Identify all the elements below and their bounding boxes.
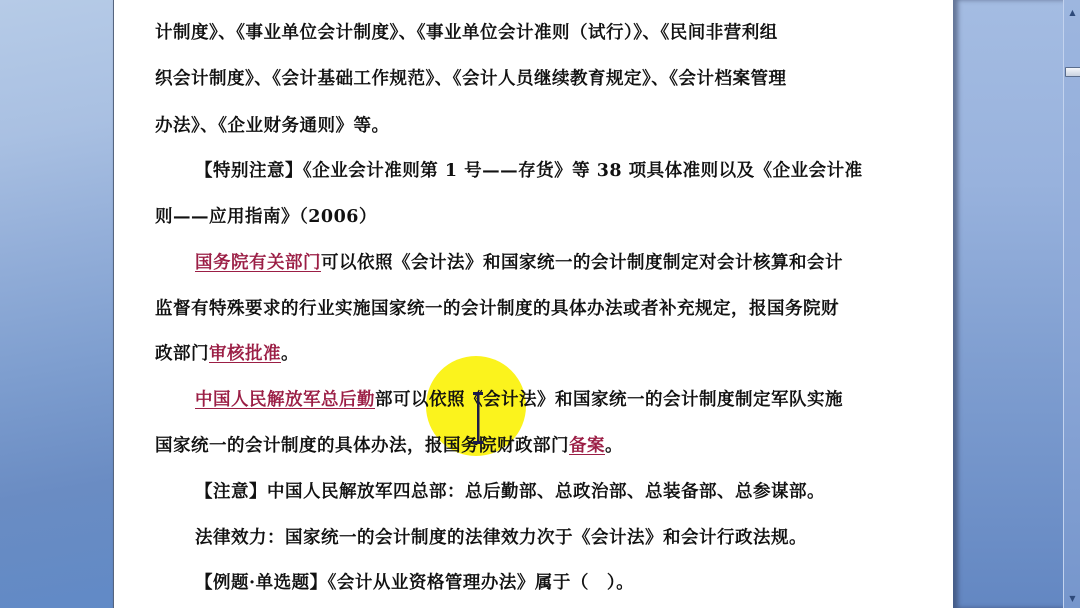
legal-effect-line: 法律效力：国家统一的会计制度的法律效力次于《会计法》和会计行政法规。 (195, 526, 807, 550)
text-span: 政部门 (155, 344, 209, 364)
vertical-scrollbar[interactable]: ▲ ▼ (1063, 0, 1080, 608)
text-span: 国家统一的会计制度的具体办法，报国务院财政部门 (155, 436, 569, 456)
scrollbar-thumb[interactable] (1065, 67, 1080, 77)
text-line: 办法》、《企业财务通则》等。 (155, 114, 390, 138)
link-state-council-departments[interactable]: 国务院有关部门 (195, 253, 321, 273)
text-line: 织会计制度》、《会计基础工作规范》、《会计人员继续教育规定》、《会计档案管理 (155, 67, 787, 91)
workspace-background-right (953, 0, 1063, 608)
text-span: 可以依照《会计法》和国家统一的会计制度制定对会计核算和会计 (321, 253, 843, 273)
text-span: 。 (281, 344, 299, 364)
scroll-up-arrow-icon[interactable]: ▲ (1066, 6, 1079, 20)
paragraph-pla-line2: 国家统一的会计制度的具体办法，报国务院财政部门备案。 (155, 434, 623, 458)
text-line: 计制度》、《事业单位会计制度》、《事业单位会计准则（试行）》、《民间非营利组 (155, 21, 778, 45)
paragraph-state-council-line2: 监督有特殊要求的行业实施国家统一的会计制度的具体办法或者补充规定，报国务院财 (155, 297, 839, 321)
note-line: 【注意】中国人民解放军四总部：总后勤部、总政治部、总装备部、总参谋部。 (195, 480, 825, 504)
workspace-background-left (0, 0, 112, 608)
paragraph-pla-line1: 中国人民解放军总后勤部可以依照《会计法》和国家统一的会计制度制定军队实施 (195, 388, 843, 412)
special-note-line: 【特别注意】《企业会计准则第 1 号——存货》等 38 项具体准则以及《企业会计… (195, 159, 863, 183)
text-span: 。 (605, 436, 623, 456)
link-review-approval[interactable]: 审核批准 (209, 344, 281, 364)
text-span: 部可以依照《会计法》和国家统一的会计制度制定军队实施 (375, 390, 843, 410)
example-question-line: 【例题·单选题】《会计从业资格管理办法》属于（ ）。 (195, 571, 634, 595)
paragraph-state-council-line1: 国务院有关部门可以依照《会计法》和国家统一的会计制度制定对会计核算和会计 (195, 251, 843, 275)
link-pla-logistics[interactable]: 中国人民解放军总后勤 (195, 390, 375, 410)
link-filing[interactable]: 备案 (569, 436, 605, 456)
paragraph-state-council-line3: 政部门审核批准。 (155, 342, 299, 366)
text-line: 则——应用指南》（2006） (155, 205, 377, 229)
scroll-down-arrow-icon[interactable]: ▼ (1066, 592, 1079, 606)
text-cursor-ibeam-icon (472, 390, 484, 446)
